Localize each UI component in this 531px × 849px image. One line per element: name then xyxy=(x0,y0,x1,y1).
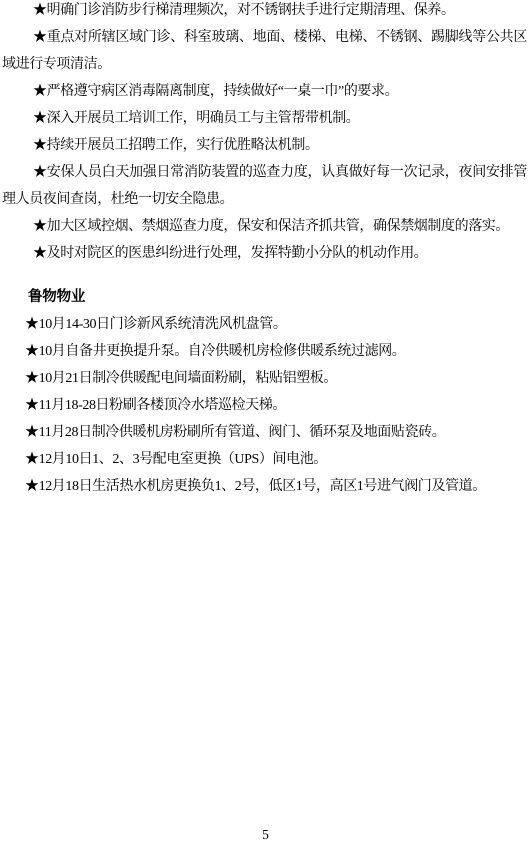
section-luwu-property: 鲁物物业 ★10月14-30日门诊新风系统清洗风机盘管。 ★10月自备井更换提升… xyxy=(2,284,527,500)
document-content: ★明确门诊消防步行梯清理频次，对不锈钢扶手进行定期清理、保养。 ★重点对所辖区域… xyxy=(0,0,531,500)
bullet-item-text: 11月28日制冷供暖机房粉刷所有管道、阀门、循环泵及地面贴瓷砖。 xyxy=(39,425,446,440)
star-bullet-icon: ★ xyxy=(33,219,47,234)
bullet-item: ★12月18日生活热水机房更换负1、2号，低区1号，高区1号进气阀门及管道。 xyxy=(2,473,527,500)
star-bullet-icon: ★ xyxy=(33,246,47,261)
section-heading: 鲁物物业 xyxy=(28,284,527,311)
bullet-item: ★重点对所辖区域门诊、科室玻璃、地面、楼梯、电梯、不锈钢、踢脚线等公共区域进行专… xyxy=(2,24,527,78)
bullet-item-text: 及时对院区的医患纠纷进行处理，发挥特勤小分队的机动作用。 xyxy=(47,246,428,261)
bullet-item-text: 12月18日生活热水机房更换负1、2号，低区1号，高区1号进气阀门及管道。 xyxy=(39,479,486,494)
bullet-item: ★及时对院区的医患纠纷进行处理，发挥特勤小分队的机动作用。 xyxy=(2,240,527,267)
star-bullet-icon: ★ xyxy=(25,371,39,386)
star-bullet-icon: ★ xyxy=(25,479,39,494)
star-bullet-icon: ★ xyxy=(33,3,47,18)
bullet-item: ★持续开展员工招聘工作，实行优胜略汰机制。 xyxy=(2,132,527,159)
bullet-item: ★加大区域控烟、禁烟巡查力度，保安和保洁齐抓共管，确保禁烟制度的落实。 xyxy=(2,213,527,240)
bullet-item-text: 10月14-30日门诊新风系统清洗风机盘管。 xyxy=(39,317,287,332)
bullet-item: ★11月18-28日粉刷各楼顶冷水塔巡检天梯。 xyxy=(2,392,527,419)
bullet-item-text: 12月10日1、2、3号配电室更换（UPS）间电池。 xyxy=(39,452,327,467)
bullet-item-text: 安保人员白天加强日常消防装置的巡查力度，认真做好每一次记录，夜间安排管理人员夜间… xyxy=(2,165,527,207)
bullet-item: ★安保人员白天加强日常消防装置的巡查力度，认真做好每一次记录，夜间安排管理人员夜… xyxy=(2,159,527,213)
bullet-item: ★10月21日制冷供暖配电间墙面粉刷，粘贴铝塑板。 xyxy=(2,365,527,392)
bullet-item: ★10月自备井更换提升泵。自冷供暖机房检修供暖系统过滤网。 xyxy=(2,338,527,365)
bullet-item-text: 10月21日制冷供暖配电间墙面粉刷，粘贴铝塑板。 xyxy=(39,371,337,386)
page-number: 5 xyxy=(0,826,531,844)
bullet-item: ★11月28日制冷供暖机房粉刷所有管道、阀门、循环泵及地面贴瓷砖。 xyxy=(2,419,527,446)
bullet-item-text: 11月18-28日粉刷各楼顶冷水塔巡检天梯。 xyxy=(39,398,286,413)
star-bullet-icon: ★ xyxy=(25,317,39,332)
bullet-item-text: 10月自备井更换提升泵。自冷供暖机房检修供暖系统过滤网。 xyxy=(39,344,406,359)
star-bullet-icon: ★ xyxy=(25,425,39,440)
section-general: ★明确门诊消防步行梯清理频次，对不锈钢扶手进行定期清理、保养。 ★重点对所辖区域… xyxy=(2,0,527,267)
star-bullet-icon: ★ xyxy=(33,84,47,99)
star-bullet-icon: ★ xyxy=(25,452,39,467)
document-page: ★明确门诊消防步行梯清理频次，对不锈钢扶手进行定期清理、保养。 ★重点对所辖区域… xyxy=(0,0,531,849)
bullet-item: ★深入开展员工培训工作，明确员工与主管帮带机制。 xyxy=(2,105,527,132)
star-bullet-icon: ★ xyxy=(33,165,47,180)
star-bullet-icon: ★ xyxy=(25,344,39,359)
star-bullet-icon: ★ xyxy=(33,138,47,153)
bullet-item-text: 重点对所辖区域门诊、科室玻璃、地面、楼梯、电梯、不锈钢、踢脚线等公共区域进行专项… xyxy=(2,30,527,72)
bullet-item-text: 持续开展员工招聘工作，实行优胜略汰机制。 xyxy=(47,138,319,153)
bullet-item: ★10月14-30日门诊新风系统清洗风机盘管。 xyxy=(2,311,527,338)
bullet-item-text: 明确门诊消防步行梯清理频次，对不锈钢扶手进行定期清理、保养。 xyxy=(47,3,455,18)
bullet-item: ★12月10日1、2、3号配电室更换（UPS）间电池。 xyxy=(2,446,527,473)
star-bullet-icon: ★ xyxy=(25,398,39,413)
star-bullet-icon: ★ xyxy=(33,30,47,45)
star-bullet-icon: ★ xyxy=(33,111,47,126)
bullet-item: ★严格遵守病区消毒隔离制度，持续做好“一桌一巾”的要求。 xyxy=(2,78,527,105)
bullet-item: ★明确门诊消防步行梯清理频次，对不锈钢扶手进行定期清理、保养。 xyxy=(2,0,527,24)
bullet-item-text: 加大区域控烟、禁烟巡查力度，保安和保洁齐抓共管，确保禁烟制度的落实。 xyxy=(47,219,509,234)
bullet-item-text: 严格遵守病区消毒隔离制度，持续做好“一桌一巾”的要求。 xyxy=(47,84,399,99)
bullet-item-text: 深入开展员工培训工作，明确员工与主管帮带机制。 xyxy=(47,111,360,126)
